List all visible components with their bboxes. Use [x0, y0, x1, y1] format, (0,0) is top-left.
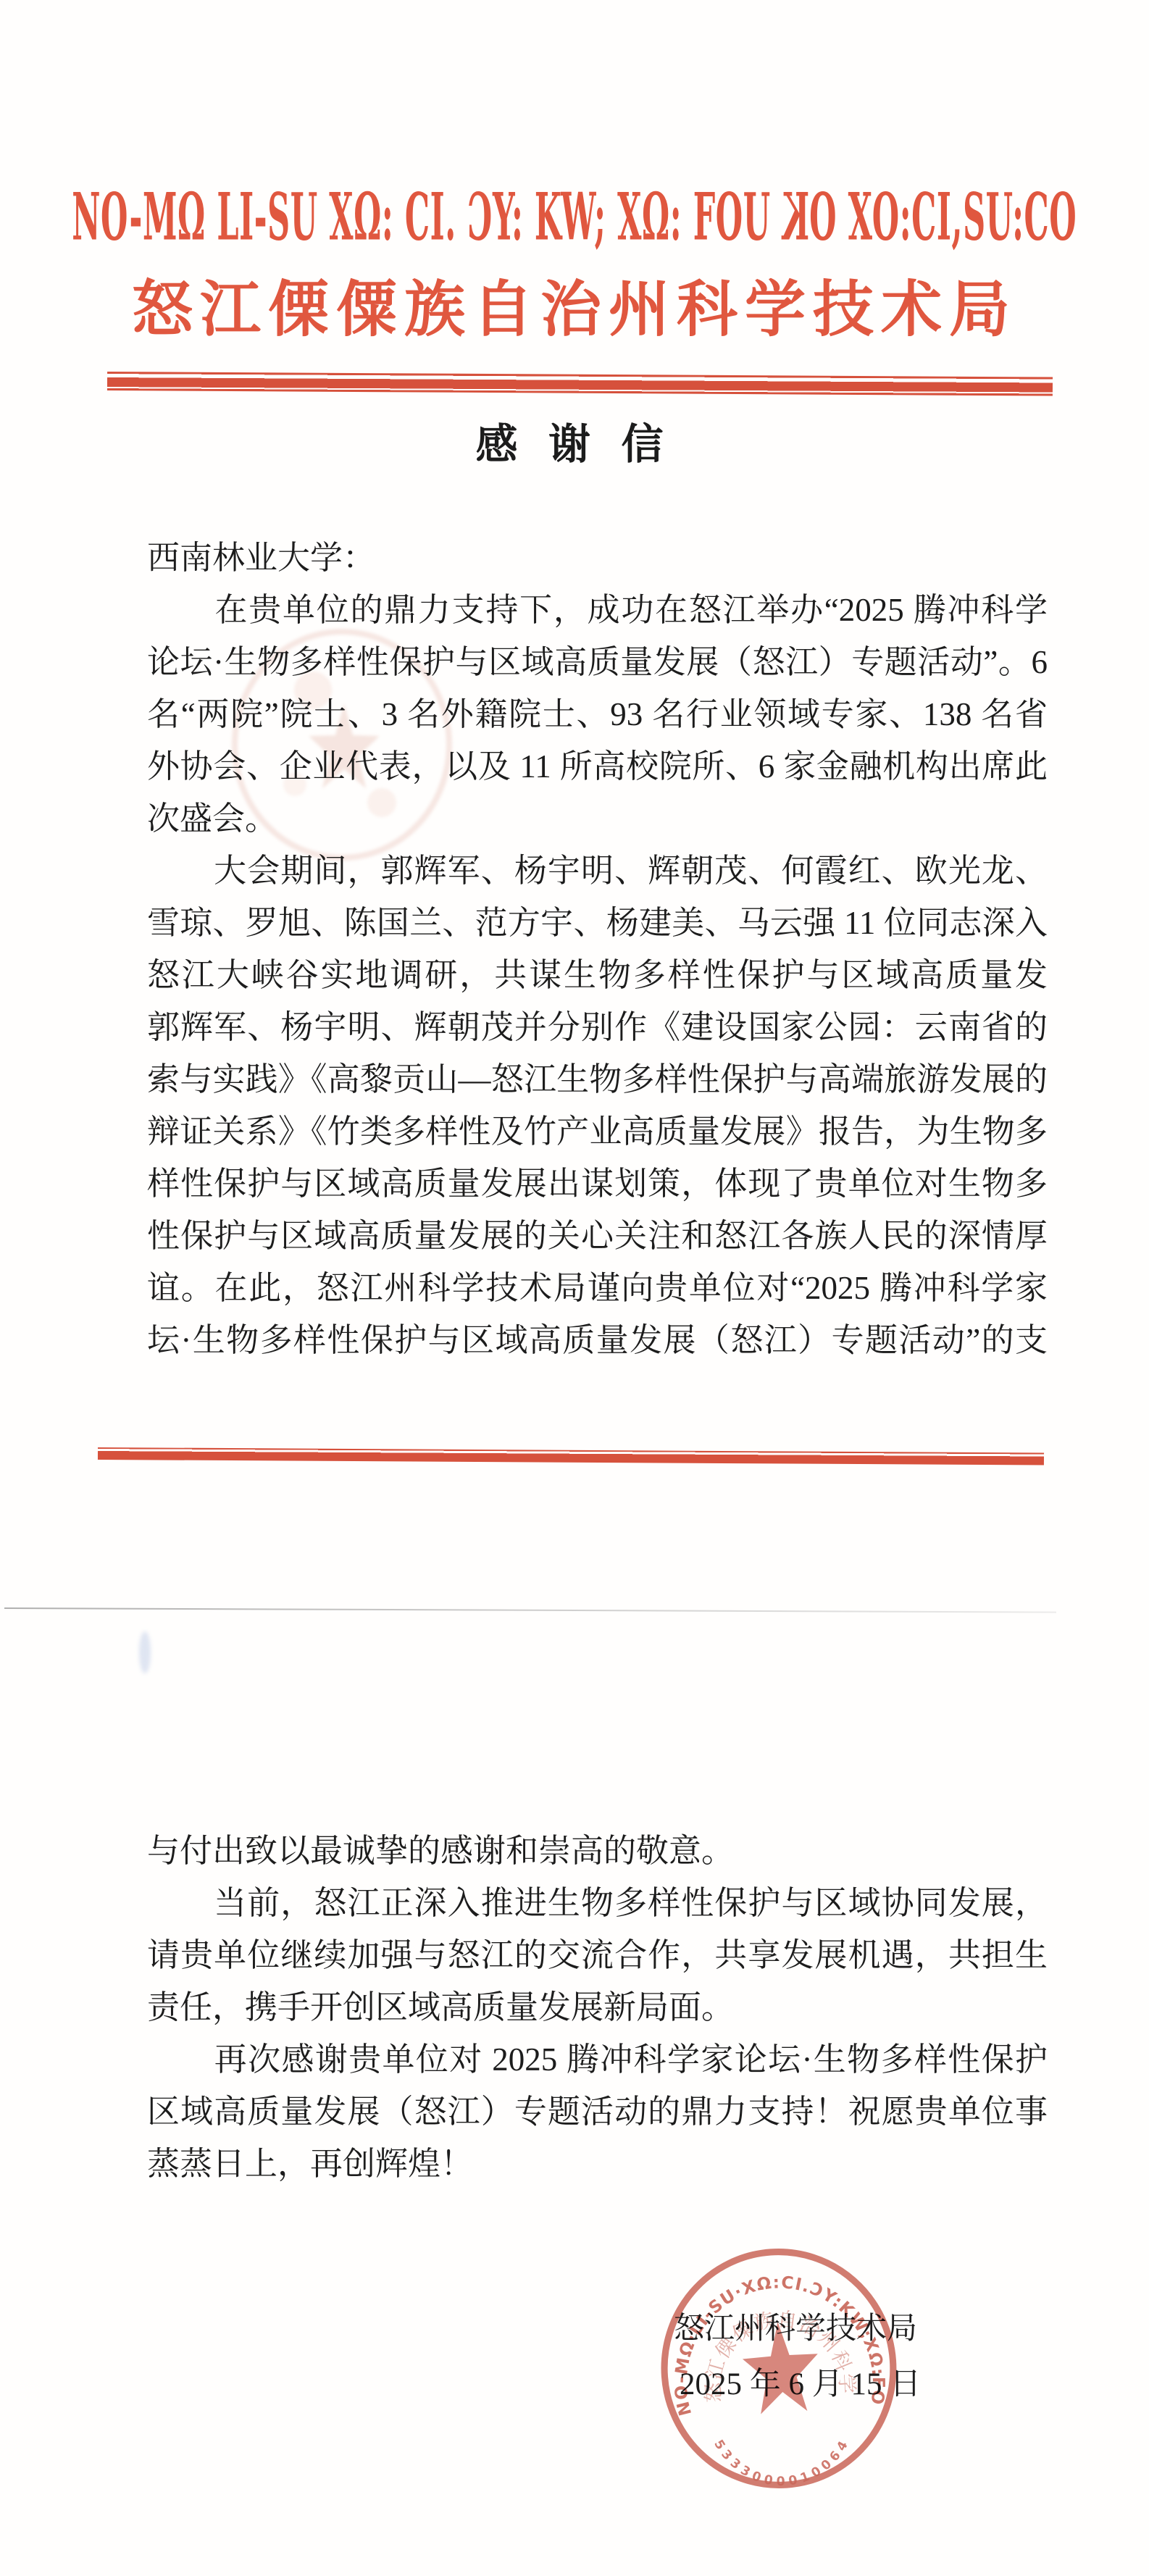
official-seal: NO-MΩ·LI-SU·XΩ:CI.ƆY:KW;XΩ:FOU KO XO:CI:…: [650, 2238, 908, 2500]
body-line: 外协会、企业代表，以及 11 所高校院所、6 家金融机构出席此: [147, 740, 1048, 793]
letterhead-lisu-line: NO-MΩ LI-SU XΩ: CI. ƆY: KW; XΩ: FOU KO X…: [0, 181, 1149, 254]
page1-footer-rule: [98, 1447, 1044, 1465]
body-line: 大会期间，郭辉军、杨宇明、辉朝茂、何霞红、欧光龙、唐: [147, 845, 1048, 897]
body-line: 名“两院”院士、3 名外籍院士、93 名行业领域专家、138 名省内: [147, 688, 1048, 740]
body-line: 谊。在此，怒江州科学技术局谨向贵单位对“2025 腾冲科学家论: [147, 1262, 1048, 1314]
body-line: 坛·生物多样性保护与区域高质量发展（怒江）专题活动”的支持: [147, 1314, 1048, 1366]
lisu-mirrored-k: K: [782, 180, 810, 256]
body-line: 与付出致以最诚挚的感谢和崇高的敬意。: [147, 1825, 1048, 1877]
scanned-letter-page: NO-MΩ LI-SU XΩ: CI. ƆY: KW; XΩ: FOU KO X…: [0, 0, 1149, 2576]
salutation: 西南林业大学：: [147, 532, 1048, 584]
body-line: 当前，怒江正深入推进生物多样性保护与区域协同发展，恳: [147, 1877, 1048, 1929]
body-line: 蒸蒸日上，再创辉煌！: [147, 2138, 1048, 2190]
body-line: 请贵单位继续加强与怒江的交流合作，共享发展机遇，共担生态: [147, 1929, 1048, 1981]
body-page1: 西南林业大学： 在贵单位的鼎力支持下，成功在怒江举办“2025 腾冲科学家论坛·…: [147, 532, 1048, 1366]
body-line: 索与实践》《高黎贡山—怒江生物多样性保护与高端旅游发展的: [147, 1053, 1048, 1105]
body-line: 区域高质量发展（怒江）专题活动的鼎力支持！祝愿贵单位事业: [147, 2086, 1048, 2138]
seal-serial-number: 5333000010064: [711, 2428, 856, 2494]
svg-text:5333000010064: 5333000010064: [711, 2428, 856, 2494]
body-page2-paragraphs: 与付出致以最诚挚的感谢和崇高的敬意。 当前，怒江正深入推进生物多样性保护与区域协…: [147, 1825, 1048, 2190]
body-line: 责任，携手开创区域高质量发展新局面。: [147, 1981, 1048, 2033]
body-line: 样性保护与区域高质量发展出谋划策，体现了贵单位对生物多样: [147, 1158, 1048, 1210]
ink-smudge: [139, 1631, 151, 1673]
body-line: 郭辉军、杨宇明、辉朝茂并分别作《建设国家公园：云南省的探: [147, 1001, 1048, 1053]
lisu-text-post: O XO:CI,SU:CO: [809, 180, 1077, 256]
letterhead-org-name: 怒江傈僳族自治州科学技术局: [0, 261, 1149, 348]
body-line: 次盛会。: [147, 793, 1048, 845]
body-line: 在贵单位的鼎力支持下，成功在怒江举办“2025 腾冲科学家: [147, 584, 1048, 636]
body-line: 论坛·生物多样性保护与区域高质量发展（怒江）专题活动”。6: [147, 636, 1048, 688]
letter-title: 感 谢 信: [0, 410, 1149, 471]
body-line: 雪琼、罗旭、陈国兰、范方宇、杨建美、马云强 11 位同志深入: [147, 897, 1048, 949]
page-separator-line: [4, 1607, 1056, 1613]
letterhead-rule: [107, 372, 1053, 396]
body-line: 性保护与区域高质量发展的关心关注和怒江各族人民的深情厚: [147, 1210, 1048, 1262]
lisu-text-pre: NO-MΩ LI-SU XΩ: CI. ƆY: KW; XΩ: FOU: [72, 180, 782, 256]
body-line: 辩证关系》《竹类多样性及竹产业高质量发展》报告，为生物多: [147, 1105, 1048, 1158]
body-page1-paragraphs: 在贵单位的鼎力支持下，成功在怒江举办“2025 腾冲科学家论坛·生物多样性保护与…: [147, 584, 1048, 1366]
body-line: 再次感谢贵单位对 2025 腾冲科学家论坛·生物多样性保护与: [147, 2033, 1048, 2086]
body-page2: 与付出致以最诚挚的感谢和崇高的敬意。 当前，怒江正深入推进生物多样性保护与区域协…: [147, 1825, 1048, 2190]
body-line: 怒江大峡谷实地调研，共谋生物多样性保护与区域高质量发展，: [147, 949, 1048, 1001]
